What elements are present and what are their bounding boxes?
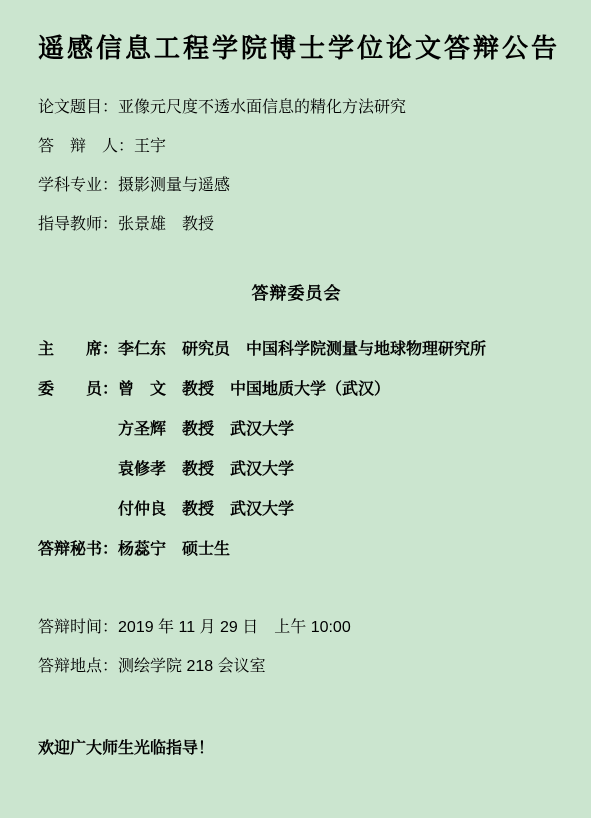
committee-member-affiliation: 武汉大学 — [230, 421, 294, 438]
defender-line: 答 辩 人：王宇 — [38, 127, 555, 166]
committee-row-member: 付仲良教授武汉大学 — [38, 490, 555, 530]
schedule-section: 答辩时间：2019 年 11 月 29 日 上午 10:00 答辩地点：测绘学院… — [38, 608, 555, 686]
welcome-footer: 欢迎广大师生光临指导！ — [38, 732, 555, 766]
committee-row-member: 委 员：曾 文教授中国地质大学（武汉） — [38, 370, 555, 410]
defender-label: 答 辩 人： — [38, 127, 134, 166]
thesis-title-line: 论文题目：亚像元尺度不透水面信息的精化方法研究 — [38, 88, 555, 127]
committee-member-title: 教授 — [182, 490, 214, 530]
committee-member-title: 硕士生 — [182, 530, 230, 570]
thesis-title-label: 论文题目： — [38, 88, 118, 127]
defense-location-value: 测绘学院 218 会议室 — [118, 658, 266, 675]
committee-member-affiliation: 武汉大学 — [230, 501, 294, 518]
committee-row-secretary: 答辩秘书：杨蕊宁硕士生 — [38, 530, 555, 570]
committee-role-label: 委 员： — [38, 370, 118, 410]
defense-time-label: 答辩时间： — [38, 608, 118, 647]
committee-role-label: 答辩秘书： — [38, 530, 118, 570]
thesis-title-value: 亚像元尺度不透水面信息的精化方法研究 — [118, 99, 406, 116]
advisor-value: 张景雄 教授 — [118, 216, 214, 233]
committee-member-title: 研究员 — [182, 330, 230, 370]
committee-member-title: 教授 — [182, 370, 214, 410]
major-label: 学科专业： — [38, 166, 118, 205]
defense-location-line: 答辩地点：测绘学院 218 会议室 — [38, 647, 555, 686]
major-value: 摄影测量与遥感 — [118, 177, 230, 194]
committee-member-affiliation: 武汉大学 — [230, 461, 294, 478]
advisor-label: 指导教师： — [38, 205, 118, 244]
committee-row-member: 方圣辉教授武汉大学 — [38, 410, 555, 450]
committee-member-name: 曾 文 — [118, 370, 182, 410]
committee-member-title: 教授 — [182, 410, 214, 450]
committee-member-name: 李仁东 — [118, 330, 182, 370]
committee-member-affiliation: 中国地质大学（武汉） — [230, 381, 390, 398]
defense-time-line: 答辩时间：2019 年 11 月 29 日 上午 10:00 — [38, 608, 555, 647]
thesis-info-section: 论文题目：亚像元尺度不透水面信息的精化方法研究 答 辩 人：王宇 学科专业：摄影… — [38, 88, 555, 244]
committee-section: 主 席：李仁东研究员中国科学院测量与地球物理研究所 委 员：曾 文教授中国地质大… — [38, 330, 555, 570]
defense-time-value: 2019 年 11 月 29 日 上午 10:00 — [118, 619, 351, 636]
committee-heading: 答辩委员会 — [38, 282, 555, 306]
advisor-line: 指导教师：张景雄 教授 — [38, 205, 555, 244]
committee-member-affiliation: 中国科学院测量与地球物理研究所 — [246, 341, 486, 358]
committee-member-name: 袁修孝 — [118, 450, 182, 490]
committee-member-name: 杨蕊宁 — [118, 530, 182, 570]
committee-member-name: 方圣辉 — [118, 410, 182, 450]
page-title: 遥感信息工程学院博士学位论文答辩公告 — [38, 30, 555, 68]
defender-value: 王宇 — [134, 138, 166, 155]
announcement-page: 遥感信息工程学院博士学位论文答辩公告 论文题目：亚像元尺度不透水面信息的精化方法… — [0, 0, 591, 818]
committee-role-label: 主 席： — [38, 330, 118, 370]
committee-row-chair: 主 席：李仁东研究员中国科学院测量与地球物理研究所 — [38, 330, 555, 370]
defense-location-label: 答辩地点： — [38, 647, 118, 686]
committee-member-title: 教授 — [182, 450, 214, 490]
committee-row-member: 袁修孝教授武汉大学 — [38, 450, 555, 490]
committee-member-name: 付仲良 — [118, 490, 182, 530]
major-line: 学科专业：摄影测量与遥感 — [38, 166, 555, 205]
